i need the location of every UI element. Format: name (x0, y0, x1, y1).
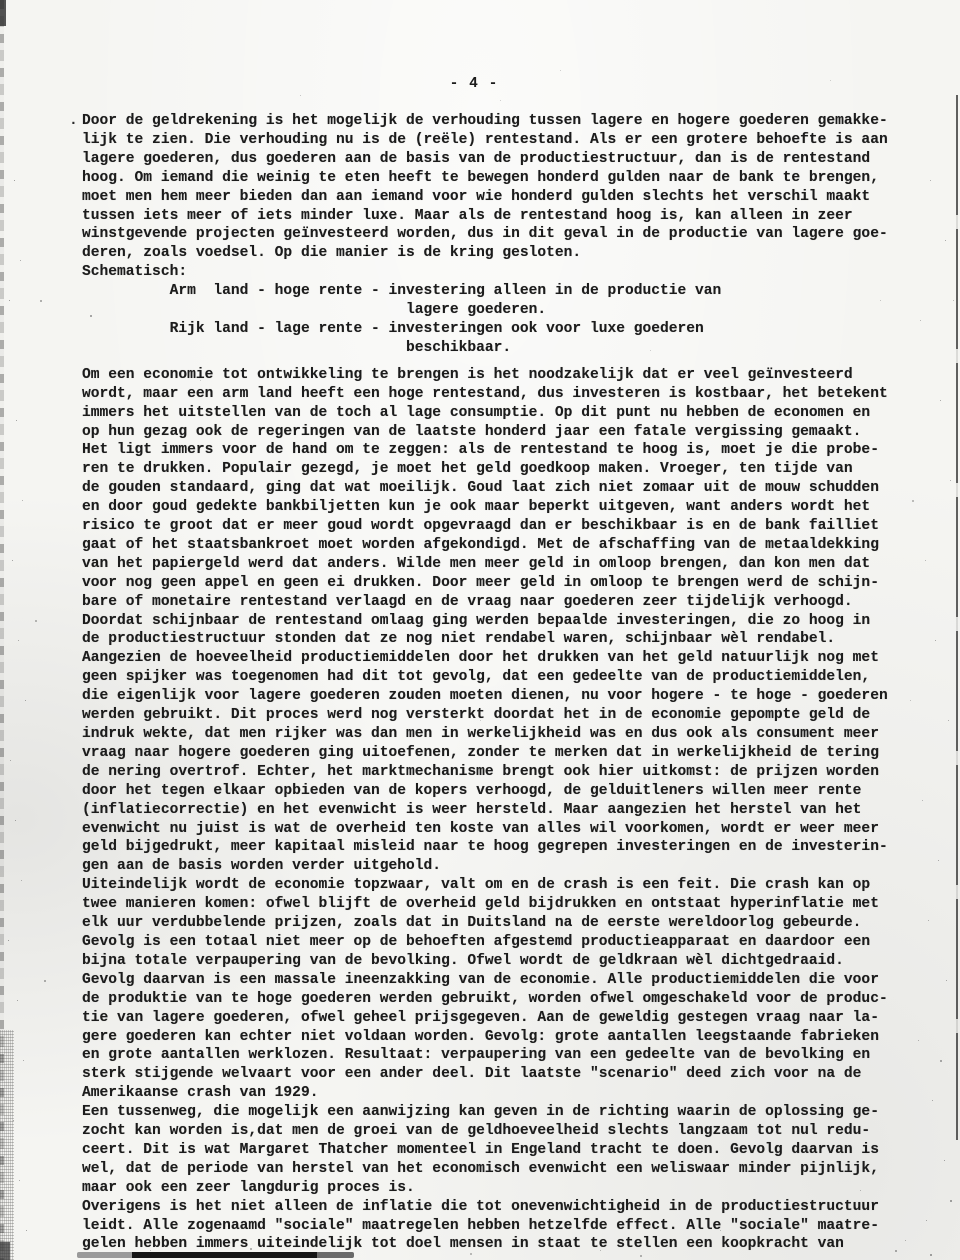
scanned-document-page: - 4 - . Door de geldrekening is het moge… (0, 0, 960, 1260)
scan-noise-specks-large (0, 0, 2, 2)
stray-mark: . (69, 112, 78, 131)
scan-artifact-bottom-left-corner (0, 1242, 10, 1260)
scan-artifact-right-edge-line (956, 95, 958, 1140)
page-number: - 4 - (0, 76, 948, 92)
schematic-block: Schematisch: Arm land - hoge rente - inv… (82, 263, 942, 358)
document-body: Door de geldrekening is het mogelijk de … (82, 112, 942, 1254)
scan-artifact-left-edge-dense (0, 1030, 14, 1260)
scan-artifact-bottom-bar (77, 1252, 354, 1258)
scan-artifact-top-left-corner (0, 0, 6, 26)
paragraph-main: Om een economie tot ontwikkeling te bren… (82, 366, 942, 1255)
paragraph-intro: Door de geldrekening is het mogelijk de … (82, 112, 942, 263)
